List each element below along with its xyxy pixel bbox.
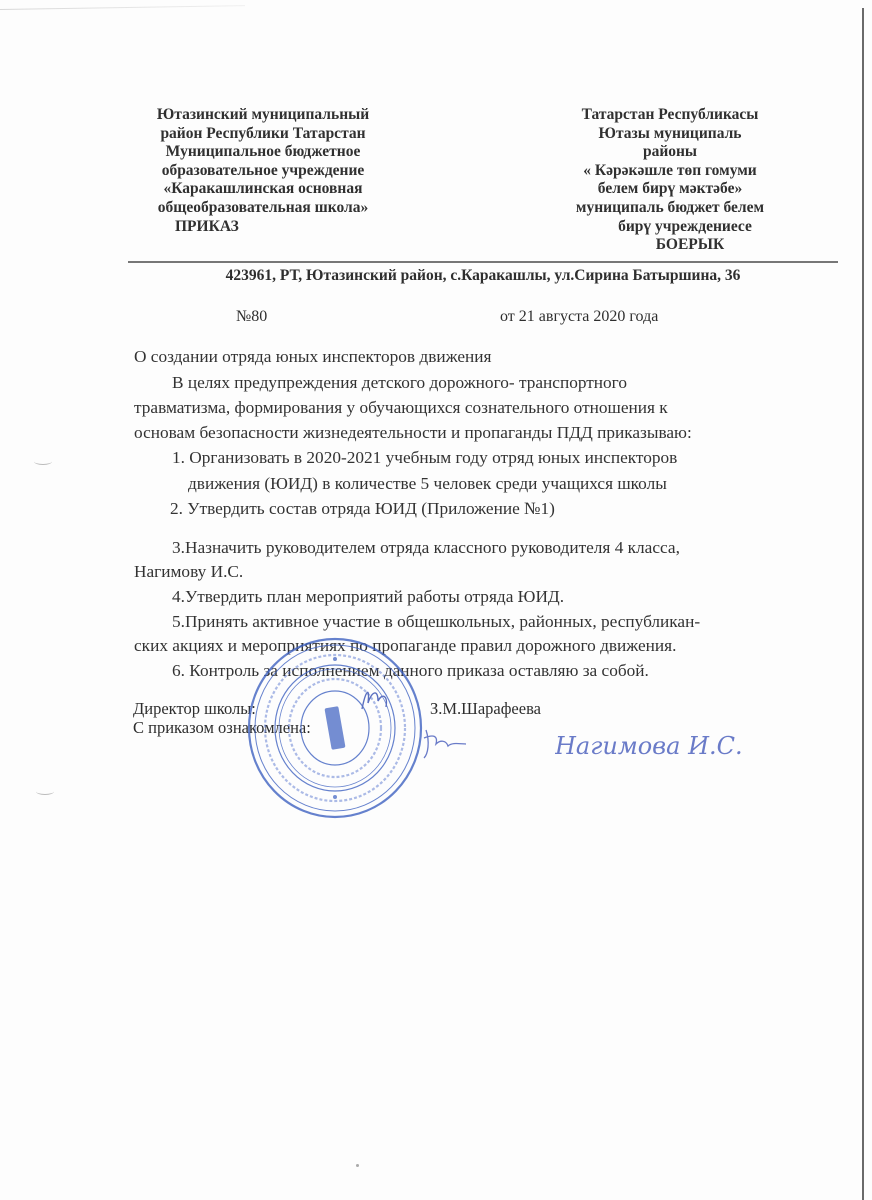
school-address: 423961, РТ, Ютазинский район, с.Каракашл… bbox=[128, 267, 838, 285]
order-item-1: 1. Организовать в 2020-2021 учебным году… bbox=[172, 448, 677, 468]
director-name: З.М.Шарафеева bbox=[430, 699, 541, 719]
header-right-line: Ютазы муниципаль bbox=[550, 125, 790, 144]
header-right-line: муниципаль бюджет белем bbox=[550, 199, 790, 218]
scan-edge-top bbox=[0, 5, 245, 10]
order-heading-tt: БОЕРЫК bbox=[550, 236, 790, 255]
header-left-line: район Республики Татарстан bbox=[136, 125, 390, 144]
order-number: №80 bbox=[236, 308, 267, 326]
preamble-line: основам безопасности жизнедеятельности и… bbox=[134, 423, 692, 443]
order-item-3-cont: Нагимову И.С. bbox=[134, 562, 243, 582]
header-right-line: « Кәрәкәшле төп гомуми bbox=[550, 162, 790, 181]
header-left-line: «Каракашлинская основная bbox=[136, 180, 390, 199]
header-left-line: Муниципальное бюджетное bbox=[136, 143, 390, 162]
scan-mark bbox=[36, 788, 54, 795]
header-left-block: Ютазинский муниципальный район Республик… bbox=[136, 106, 390, 236]
acknowledged-initials-signature bbox=[420, 724, 470, 764]
header-right-line: бирү учреждениесе bbox=[550, 218, 790, 237]
order-item-1-cont: движения (ЮИД) в количестве 5 человек ср… bbox=[188, 474, 667, 494]
order-item-5: 5.Принять активное участие в общешкольны… bbox=[172, 612, 700, 632]
acknowledged-handwritten-name: Нагимова И.С. bbox=[555, 726, 845, 766]
header-left-line: общеобразовательная школа» bbox=[136, 199, 390, 218]
header-right-line: Татарстан Республикасы bbox=[550, 106, 790, 125]
order-item-4: 4.Утвердить план мероприятий работы отря… bbox=[172, 587, 564, 607]
director-label: Директор школы: bbox=[133, 699, 256, 719]
preamble-line: травматизма, формирования у обучающихся … bbox=[134, 398, 668, 418]
official-seal-icon bbox=[244, 637, 426, 819]
scan-edge-right bbox=[862, 8, 864, 1200]
header-right-block: Татарстан Республикасы Ютазы муниципаль … bbox=[550, 106, 790, 255]
order-item-2: 2. Утвердить состав отряда ЮИД (Приложен… bbox=[170, 499, 555, 519]
order-title: О создании отряда юных инспекторов движе… bbox=[134, 347, 491, 367]
scan-speck bbox=[356, 1164, 359, 1167]
header-right-line: белем бирү мәктәбе» bbox=[550, 180, 790, 199]
header-left-line: Ютазинский муниципальный bbox=[136, 106, 390, 125]
order-date: от 21 августа 2020 года bbox=[500, 308, 658, 326]
order-heading-ru: ПРИКАЗ bbox=[136, 218, 390, 237]
handwritten-name-text: Нагимова И.С. bbox=[555, 732, 743, 760]
order-item-3: 3.Назначить руководителем отряда классно… bbox=[172, 538, 680, 558]
preamble-line: В целях предупреждения детского дорожног… bbox=[172, 373, 627, 393]
scan-mark bbox=[34, 458, 52, 465]
header-left-line: образовательное учреждение bbox=[136, 162, 390, 181]
header-right-line: районы bbox=[550, 143, 790, 162]
header-divider bbox=[128, 261, 838, 263]
